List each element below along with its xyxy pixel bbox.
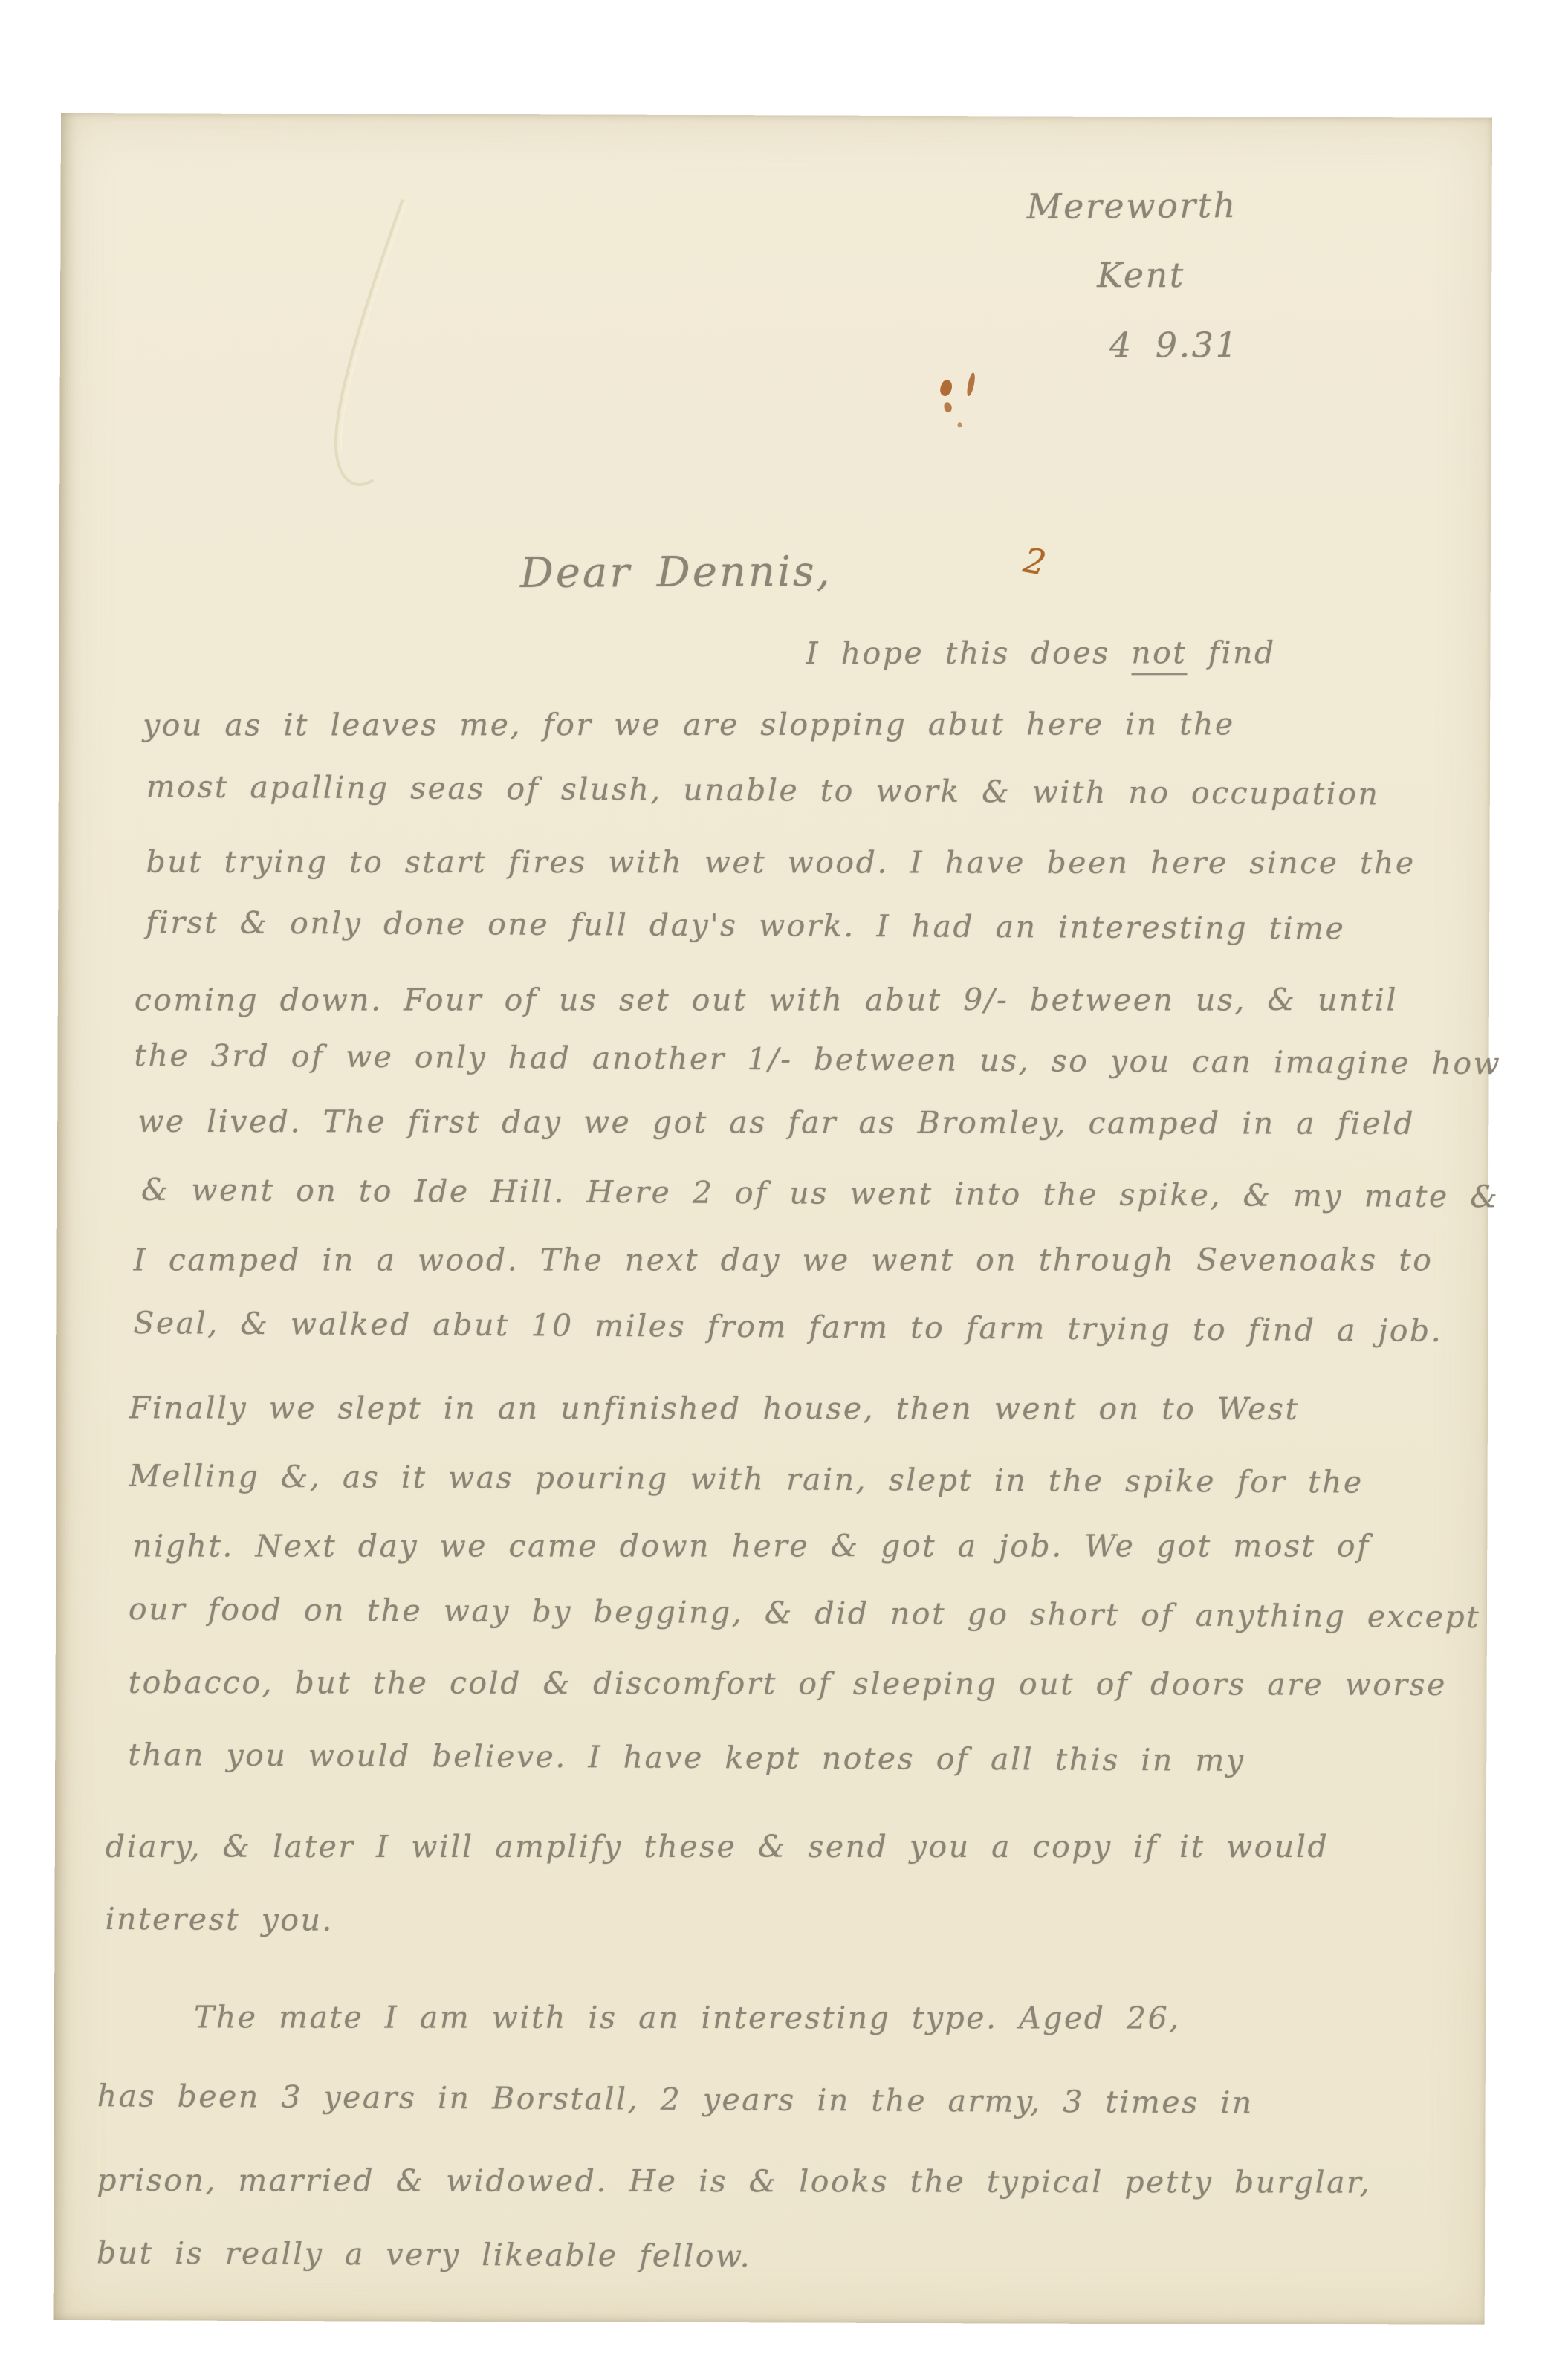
paper-crease xyxy=(282,158,507,531)
heading-county: Kent xyxy=(1097,256,1185,295)
letter-line: Finally we slept in an unfinished house,… xyxy=(129,1391,1300,1426)
letter-line: prison, married & widowed. He is & looks… xyxy=(97,2164,1371,2200)
first-line-post: find xyxy=(1187,635,1276,670)
letter-line: first & only done one full day's work. I… xyxy=(146,906,1345,946)
letter-line: interest you. xyxy=(105,1902,334,1938)
heading-place: Mereworth xyxy=(1026,187,1237,226)
letter-line: coming down. Four of us set out with abu… xyxy=(135,983,1398,1017)
rust-stain-blob xyxy=(944,401,953,412)
letter-line: but trying to start fires with wet wood.… xyxy=(146,846,1415,881)
letter-line: but is really a very likeable fellow. xyxy=(97,2236,752,2274)
rust-stain-blob xyxy=(939,378,954,398)
letter-line: The mate I am with is an interesting typ… xyxy=(194,2000,1181,2035)
salutation: Dear Dennis, xyxy=(520,549,832,597)
letter-line: night. Next day we came down here & got … xyxy=(132,1529,1370,1564)
letter-line: & went on to Ide Hill. Here 2 of us went… xyxy=(141,1173,1500,1214)
scanned-letter-background: 2 Mereworth Kent 4 9.31 Dear Dennis, I h… xyxy=(0,0,1568,2378)
letter-line: the 3rd of we only had another 1/- betwe… xyxy=(134,1039,1501,1081)
letter-line: diary, & later I will amplify these & se… xyxy=(106,1830,1329,1865)
letter-line: has been 3 years in Borstall, 2 years in… xyxy=(97,2079,1254,2120)
letter-line: our food on the way by begging, & did no… xyxy=(129,1593,1480,1635)
rust-stain-blob xyxy=(965,372,976,397)
letter-line: tobacco, but the cold & discomfort of sl… xyxy=(129,1666,1447,1702)
rust-numeral-mark: 2 xyxy=(1020,540,1049,583)
letter-line: Seal, & walked abut 10 miles from farm t… xyxy=(133,1306,1442,1349)
letter-line: I hope this does not find xyxy=(806,636,1275,671)
letter-line: most apalling seas of slush, unable to w… xyxy=(146,770,1380,811)
letter-line: you as it leaves me, for we are slopping… xyxy=(143,707,1235,742)
heading-date: 4 9.31 xyxy=(1109,326,1239,365)
letter-line: I camped in a wood. The next day we went… xyxy=(134,1243,1433,1277)
rust-stain-blob xyxy=(958,422,962,427)
first-line-pre: I hope this does xyxy=(806,635,1131,671)
letter-line: Melling &, as it was pouring with rain, … xyxy=(129,1459,1363,1500)
letter-line: than you would believe. I have kept note… xyxy=(128,1738,1245,1778)
underlined-word: not xyxy=(1131,635,1187,675)
letter-page: 2 Mereworth Kent 4 9.31 Dear Dennis, I h… xyxy=(54,113,1492,2325)
letter-line: we lived. The first day we got as far as… xyxy=(137,1105,1415,1141)
